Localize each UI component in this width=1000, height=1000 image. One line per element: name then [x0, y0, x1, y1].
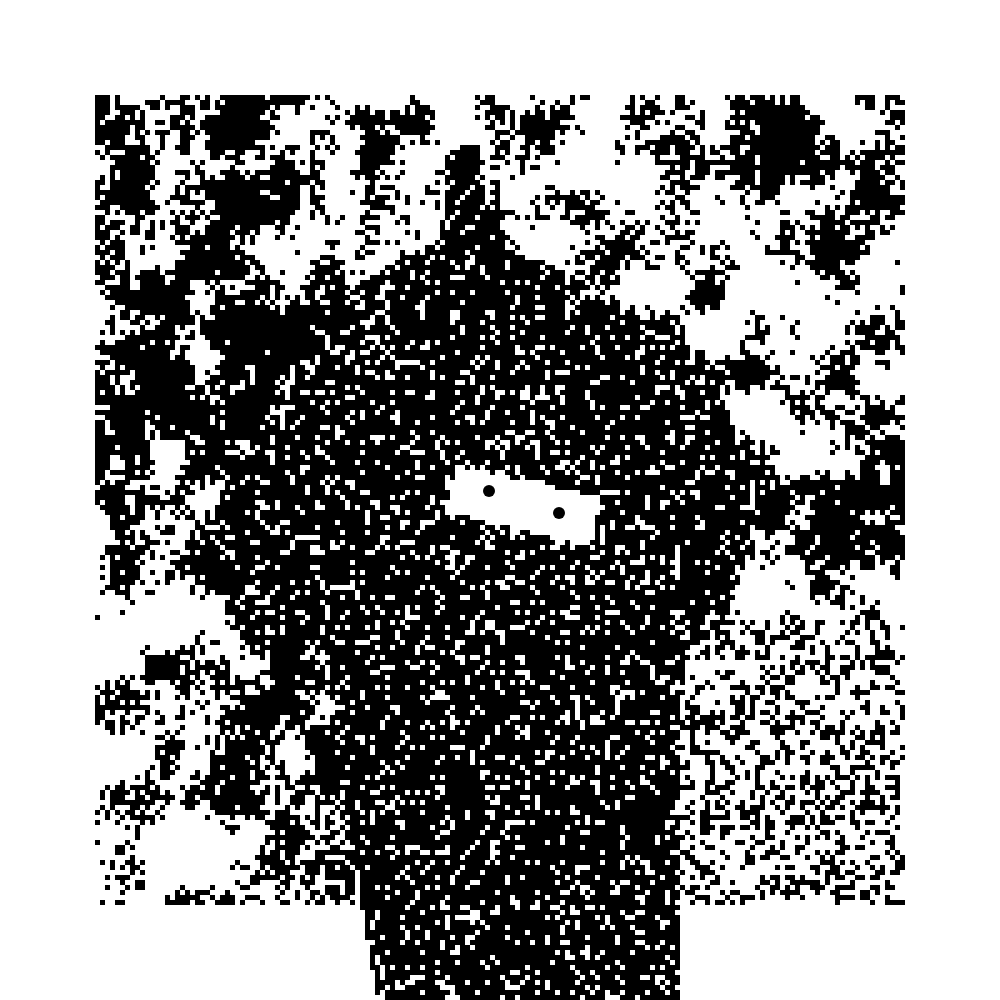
dithered-photo	[0, 0, 1000, 1000]
